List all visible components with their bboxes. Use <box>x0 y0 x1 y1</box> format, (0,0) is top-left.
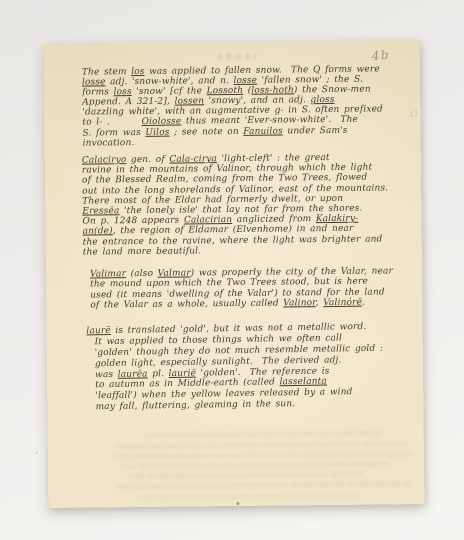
pencil-smudge <box>219 54 257 59</box>
paragraph-valimar: Valimar (also Valmar) was properly the c… <box>90 266 393 311</box>
showthrough-line <box>116 481 411 489</box>
manuscript-line: of the Valar as a whole, usually called … <box>90 298 393 312</box>
paragraph-calacirya: Calaciryo gen. of Cala-cirya 'light-clef… <box>82 152 389 257</box>
showthrough-line <box>120 461 390 469</box>
paragraph-laure: laurë is translated 'gold', but it was n… <box>86 322 384 414</box>
showthrough-line <box>138 493 358 500</box>
paragraph-los: The stem los was applied to fallen snow.… <box>82 64 384 148</box>
page-number-annotation: 4b <box>371 48 391 64</box>
showthrough-line <box>128 472 363 479</box>
manuscript-line: the land more beautiful. <box>83 244 389 257</box>
showthrough-text <box>44 40 420 44</box>
showthrough-line <box>114 451 414 459</box>
background-speck <box>36 452 38 454</box>
margin-mark-annotation: 13 <box>408 109 419 119</box>
manuscript-page: 4b 13 The stem los was applied to fallen… <box>44 40 425 508</box>
photo-background: 4b 13 The stem los was applied to fallen… <box>0 0 464 540</box>
paper-speck <box>236 502 239 505</box>
showthrough-line <box>118 441 408 449</box>
showthrough-line <box>144 430 384 438</box>
manuscript-line: invocation. <box>83 135 384 148</box>
